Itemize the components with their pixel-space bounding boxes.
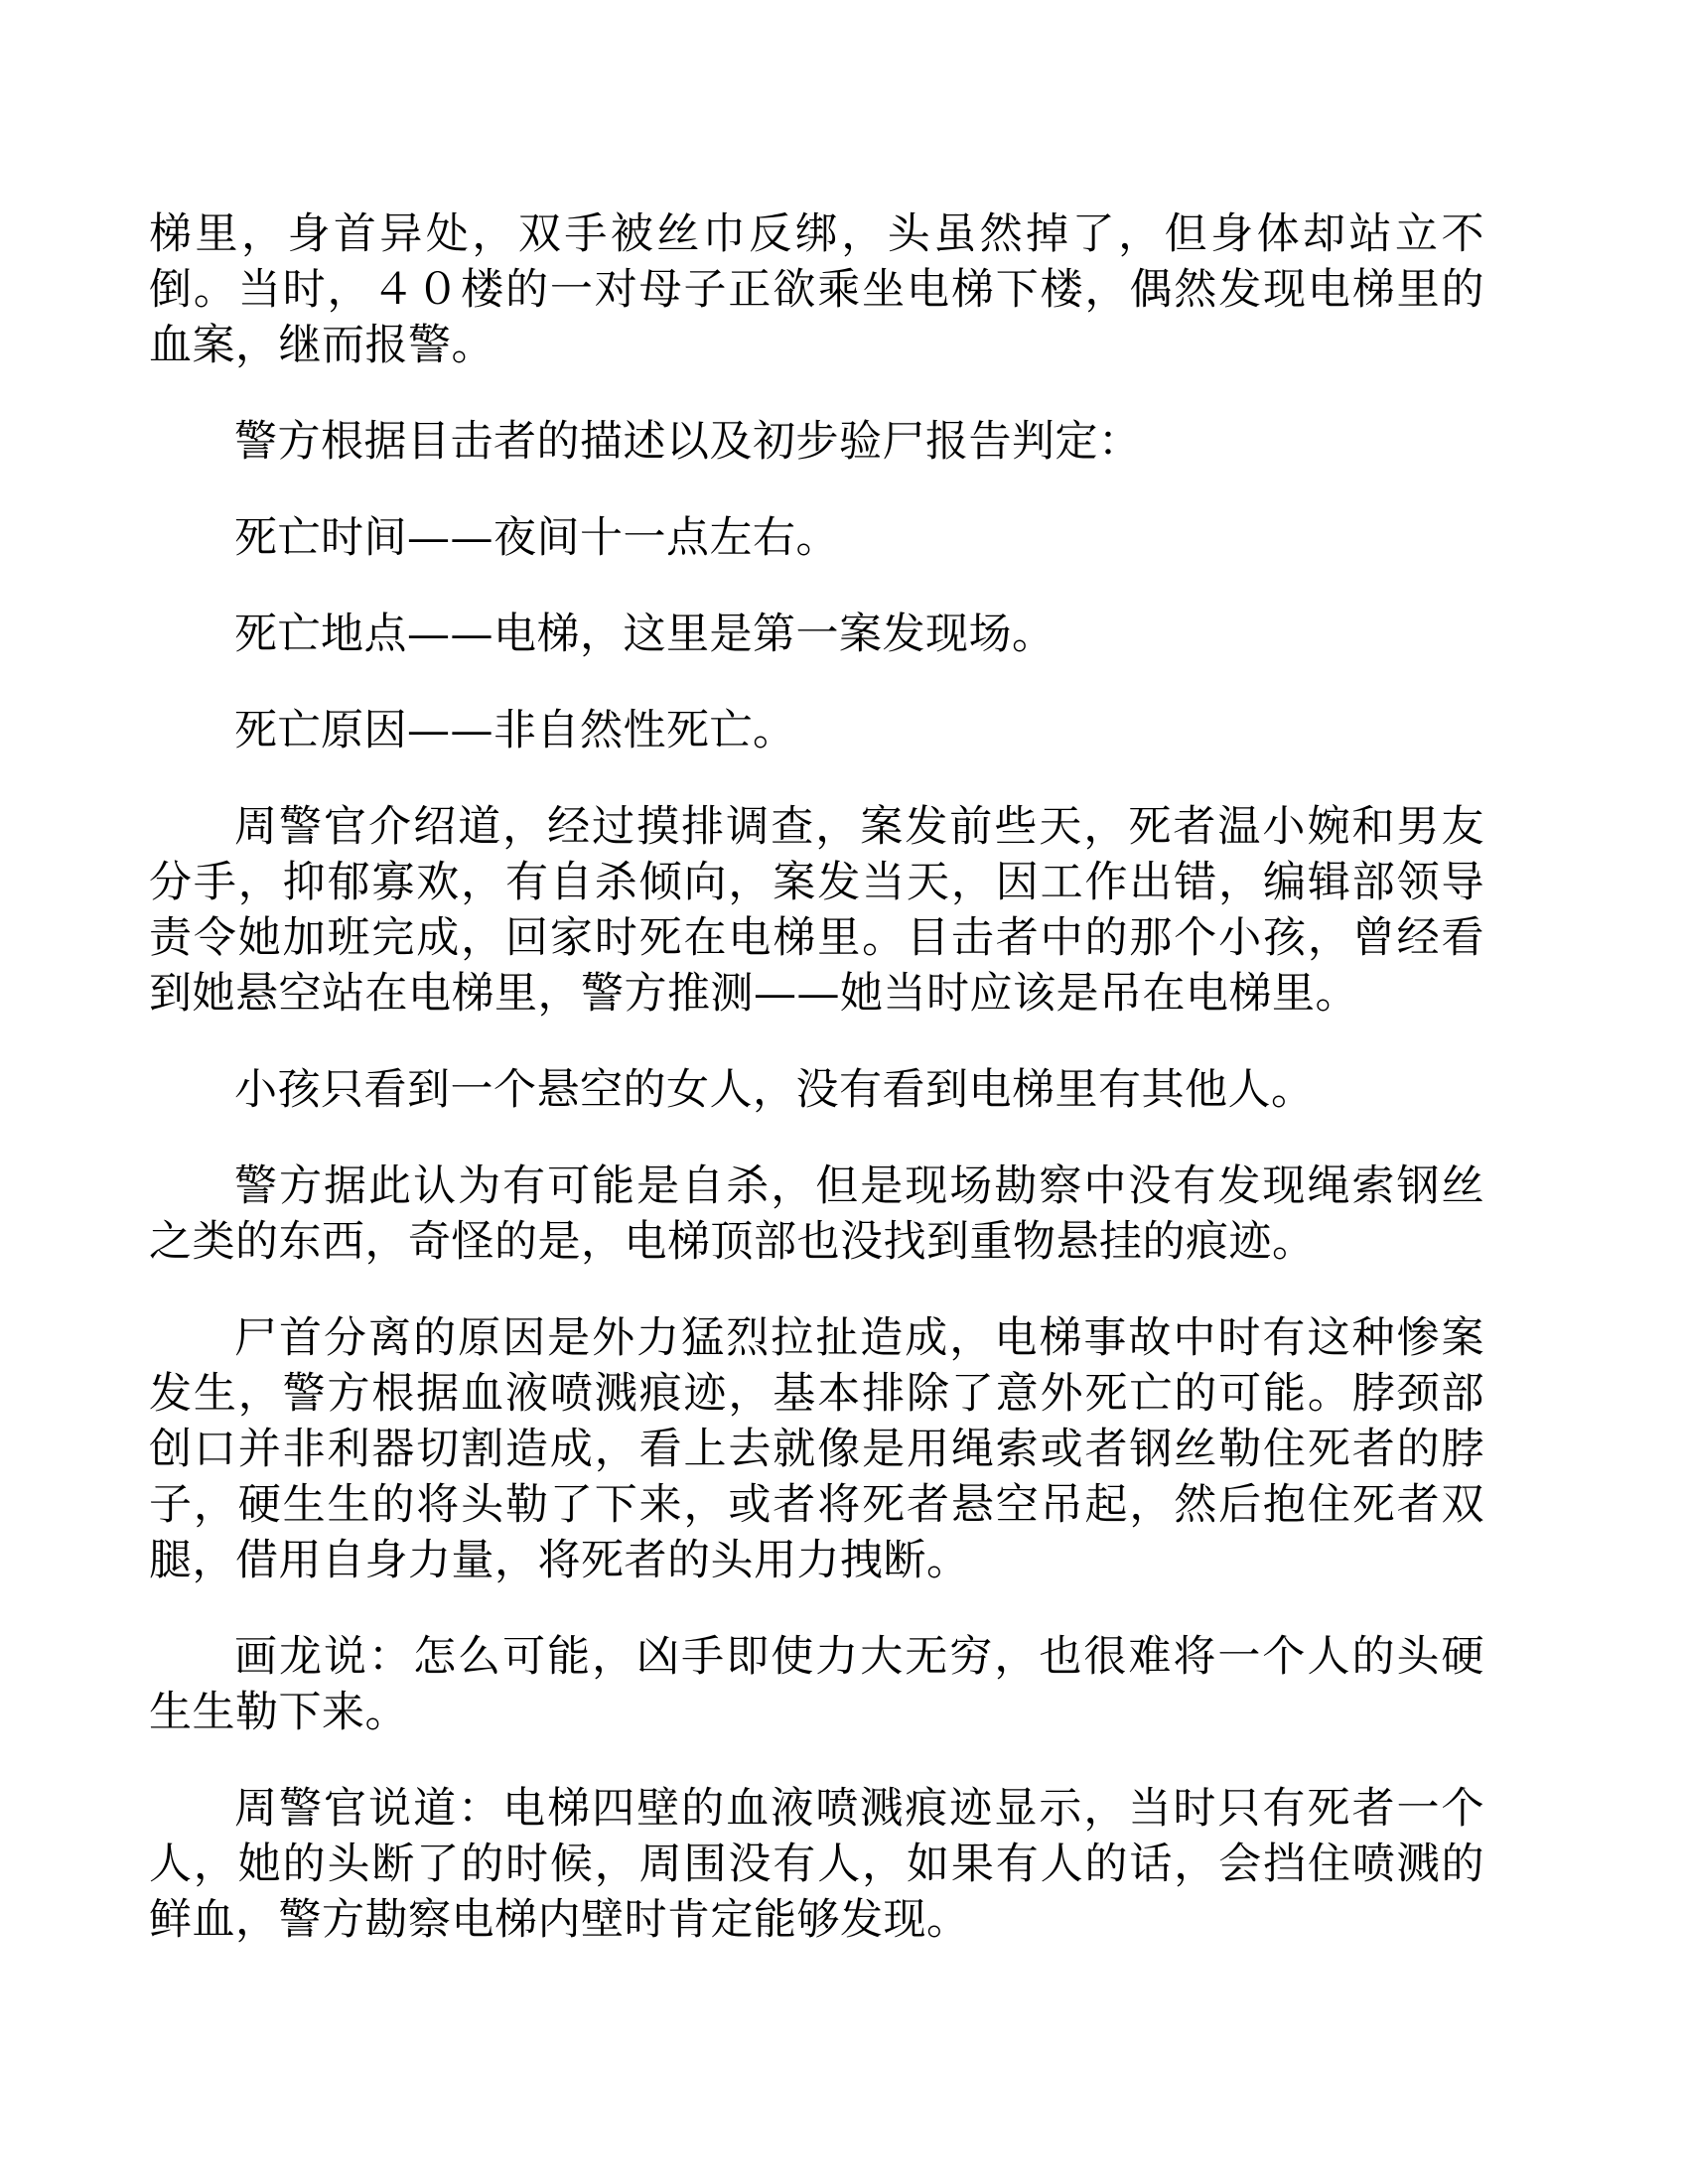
paragraph: 画龙说：怎么可能，凶手即使力大无穷，也很难将一个人的头硬生生勒下来。 xyxy=(149,1629,1484,1740)
paragraph: 警方据此认为有可能是自杀，但是现场勘察中没有发现绳索钢丝之类的东西，奇怪的是，电… xyxy=(149,1159,1484,1270)
paragraph: 小孩只看到一个悬空的女人，没有看到电梯里有其他人。 xyxy=(149,1062,1484,1118)
paragraph: 死亡时间——夜间十一点左右。 xyxy=(149,510,1484,566)
page-text: 梯里，身首异处，双手被丝巾反绑，头虽然掉了，但身体却站立不倒。当时，４０楼的一对… xyxy=(149,206,1484,1948)
document-page: 梯里，身首异处，双手被丝巾反绑，头虽然掉了，但身体却站立不倒。当时，４０楼的一对… xyxy=(0,0,1688,2184)
paragraph: 梯里，身首异处，双手被丝巾反绑，头虽然掉了，但身体却站立不倒。当时，４０楼的一对… xyxy=(149,206,1484,373)
paragraph: 死亡原因——非自然性死亡。 xyxy=(149,703,1484,758)
paragraph: 周警官介绍道，经过摸排调查，案发前些天，死者温小婉和男友分手，抑郁寡欢，有自杀倾… xyxy=(149,799,1484,1022)
paragraph: 死亡地点——电梯，这里是第一案发现场。 xyxy=(149,607,1484,662)
paragraph: 尸首分离的原因是外力猛烈拉扯造成，电梯事故中时有这种惨案发生，警方根据血液喷溅痕… xyxy=(149,1310,1484,1588)
paragraph: 周警官说道：电梯四壁的血液喷溅痕迹显示，当时只有死者一个人，她的头断了的时候，周… xyxy=(149,1781,1484,1948)
paragraph: 警方根据目击者的描述以及初步验尸报告判定： xyxy=(149,414,1484,470)
